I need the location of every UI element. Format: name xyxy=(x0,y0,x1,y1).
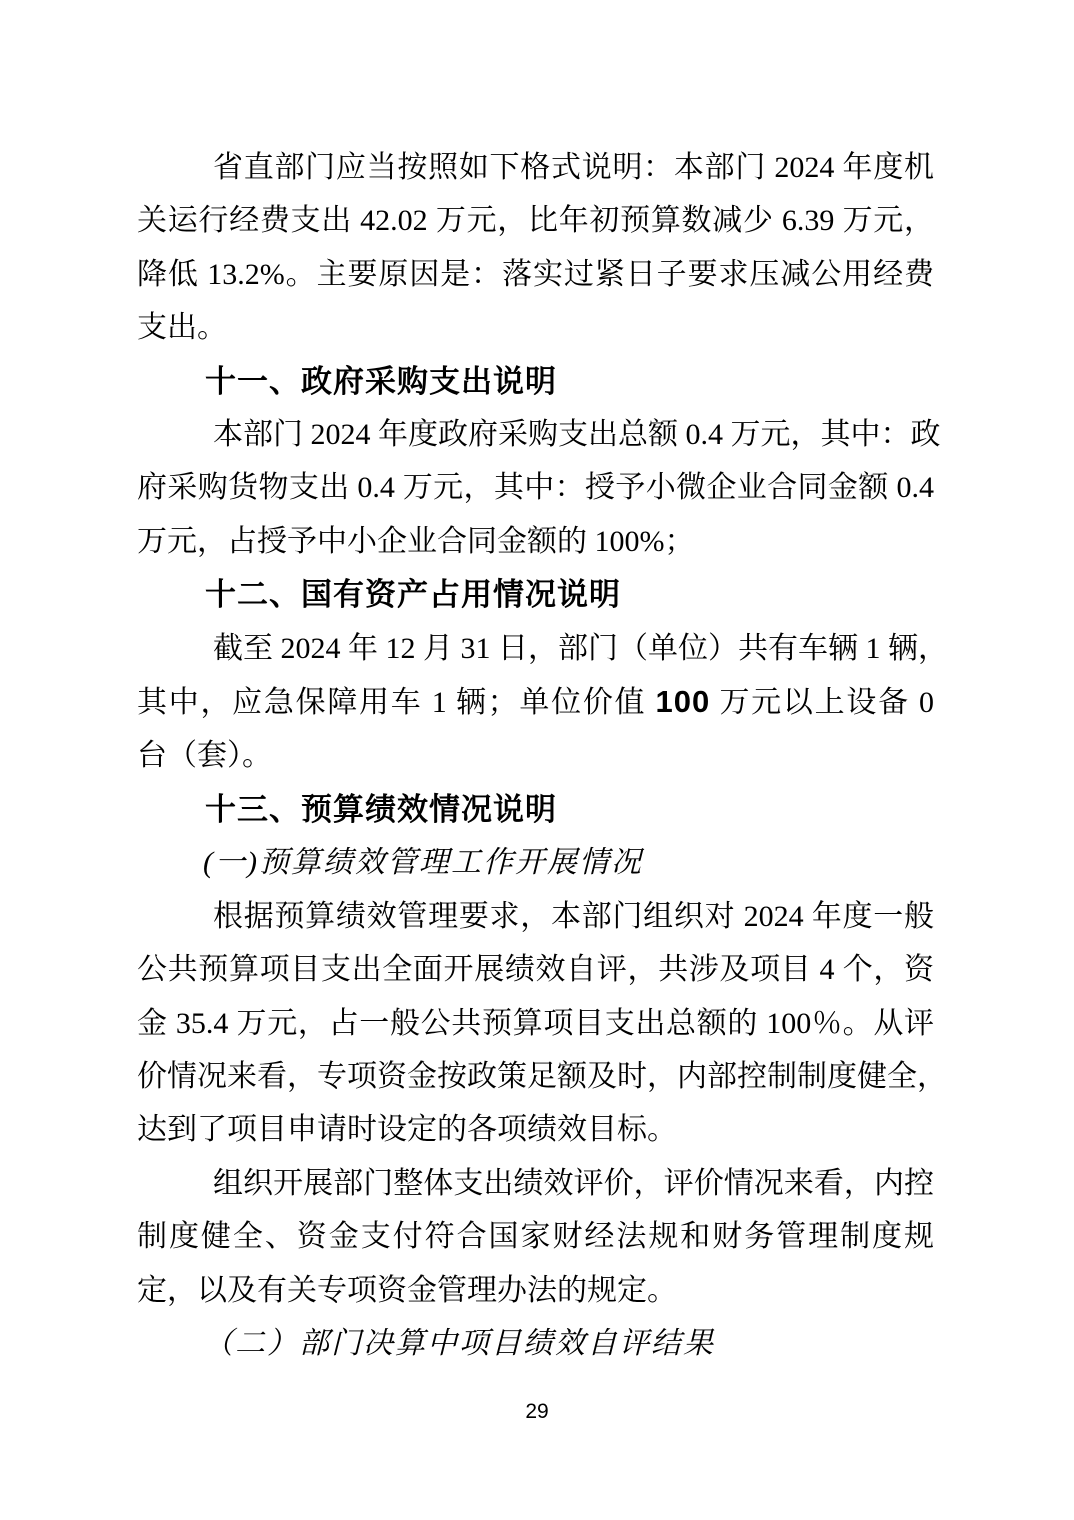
heading-section-12-state-owned-assets: 十二、国有资产占用情况说明 xyxy=(137,568,934,621)
paragraph-line: 截至 2024 年 12 月 31 日，部门（单位）共有车辆 1 辆， xyxy=(137,622,934,675)
paragraph-line: 本部门 2024 年度政府采购支出总额 0.4 万元，其中：政 xyxy=(137,408,934,461)
para-overall-expenditure-evaluation: 组织开展部门整体支出绩效评价，评价情况来看，内控制度健全、资金支付符合国家财经法… xyxy=(137,1157,934,1317)
paragraph-line: 组织开展部门整体支出绩效评价，评价情况来看，内控 xyxy=(137,1157,934,1210)
paragraph-line: 公共预算项目支出全面开展绩效自评，共涉及项目 4 个，资 xyxy=(137,943,934,996)
para-performance-self-evaluation: 根据预算绩效管理要求，本部门组织对 2024 年度一般公共预算项目支出全面开展绩… xyxy=(137,890,934,1157)
subheading-performance-management-work: (一)预算绩效管理工作开展情况 xyxy=(137,836,934,889)
heading-section-11-government-procurement: 十一、政府采购支出说明 xyxy=(137,355,934,408)
paragraph-line: 关运行经费支出 42.02 万元，比年初预算数减少 6.39 万元， xyxy=(137,194,934,247)
paragraph-line: 制度健全、资金支付符合国家财经法规和财务管理制度规 xyxy=(137,1210,934,1263)
subheading-project-performance-results: （二）部门决算中项目绩效自评结果 xyxy=(137,1317,934,1370)
para-government-procurement: 本部门 2024 年度政府采购支出总额 0.4 万元，其中：政府采购货物支出 0… xyxy=(137,408,934,568)
document-body: 省直部门应当按照如下格式说明：本部门 2024 年度机关运行经费支出 42.02… xyxy=(137,141,934,1370)
paragraph-line: 降低 13.2%。主要原因是：落实过紧日子要求压减公用经费 xyxy=(137,248,934,301)
paragraph-line: 府采购货物支出 0.4 万元，其中：授予小微企业合同金额 0.4 xyxy=(137,461,934,514)
paragraph-line: 根据预算绩效管理要求，本部门组织对 2024 年度一般 xyxy=(137,890,934,943)
paragraph-line: 其中，应急保障用车 1 辆；单位价值 100 万元以上设备 0 xyxy=(137,675,934,729)
text-segment: 其中，应急保障用车 1 辆；单位价值 xyxy=(137,686,656,719)
para-state-owned-assets: 截至 2024 年 12 月 31 日，部门（单位）共有车辆 1 辆，其中，应急… xyxy=(137,622,934,783)
paragraph-line: 达到了项目申请时设定的各项绩效目标。 xyxy=(137,1103,934,1156)
paragraph-line: 金 35.4 万元，占一般公共预算项目支出总额的 100％。从评 xyxy=(137,997,934,1050)
paragraph-line: 价情况来看，专项资金按政策足额及时，内部控制制度健全， xyxy=(137,1050,934,1103)
text-segment: 万元以上设备 0 xyxy=(710,686,934,719)
heading-section-13-budget-performance: 十三、预算绩效情况说明 xyxy=(137,783,934,836)
paragraph-line: 定，以及有关专项资金管理办法的规定。 xyxy=(137,1264,934,1317)
paragraph-line: 省直部门应当按照如下格式说明：本部门 2024 年度机 xyxy=(137,141,934,194)
page-number: 29 xyxy=(525,1400,548,1423)
page-footer: 29 xyxy=(0,1398,1074,1426)
paragraph-line: 万元，占授予中小企业合同金额的 100%； xyxy=(137,515,934,568)
paragraph-line: 台（套）。 xyxy=(137,729,934,782)
emphasized-number: 100 xyxy=(656,684,711,719)
document-page: 省直部门应当按照如下格式说明：本部门 2024 年度机关运行经费支出 42.02… xyxy=(0,0,1074,1520)
para-agency-operating-expense: 省直部门应当按照如下格式说明：本部门 2024 年度机关运行经费支出 42.02… xyxy=(137,141,934,355)
paragraph-line: 支出。 xyxy=(137,301,934,354)
